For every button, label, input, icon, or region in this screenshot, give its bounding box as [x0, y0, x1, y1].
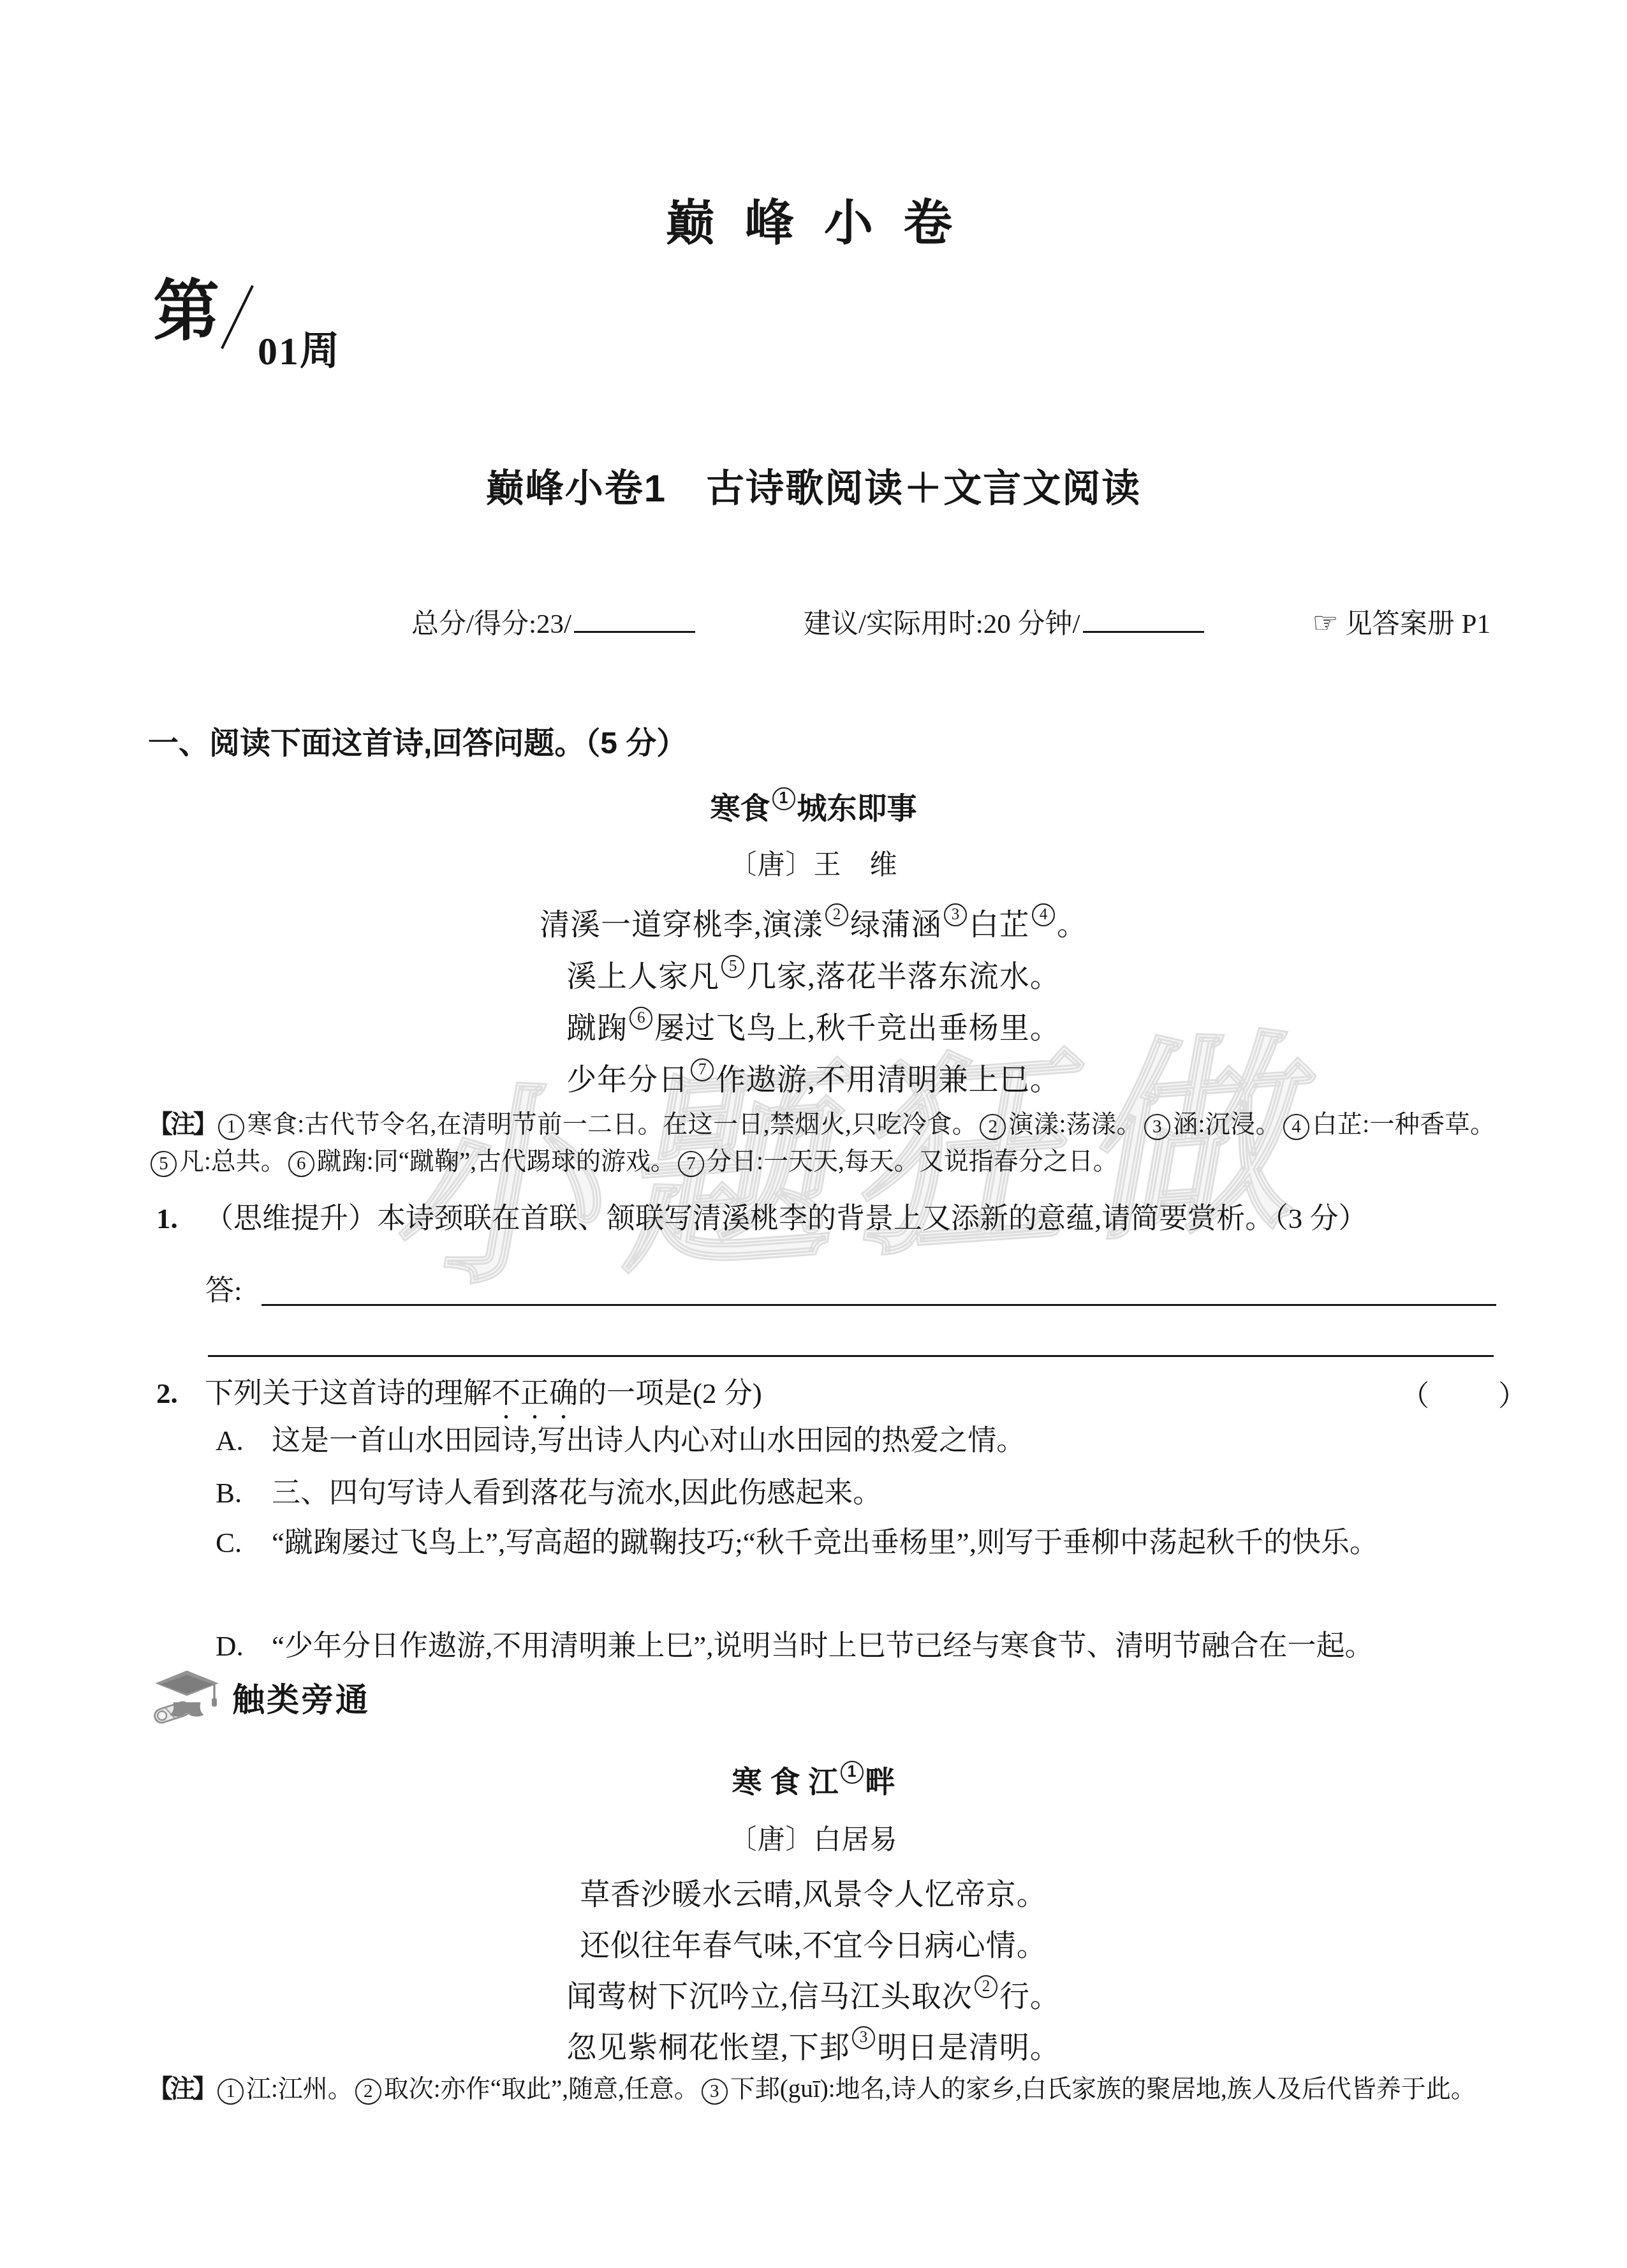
- circled-number-icon: 1: [841, 1761, 864, 1784]
- score-row: 总分/得分:23/ 建议/实际用时:20 分钟/ ☞见答案册 P1: [411, 602, 1491, 641]
- poem1-line: 溪上人家凡5几家,落花半落东流水。: [0, 952, 1627, 995]
- poem2-title: 寒 食 江1畔: [0, 1758, 1627, 1801]
- poem1-title: 寒食1城东即事: [0, 785, 1627, 827]
- extension-banner: 触类旁通: [152, 1666, 370, 1728]
- option-b-text: 三、四句写诗人看到落花与流水,因此伤感起来。: [272, 1467, 1417, 1518]
- extension-banner-label: 触类旁通: [232, 1673, 370, 1721]
- option-a-letter: A.: [216, 1415, 272, 1466]
- option-a: A. 这是一首山水田园诗,写出诗人内心对山水田园的热爱之情。: [216, 1415, 1417, 1466]
- option-c: C. “蹴踘屡过飞鸟上”,写高超的蹴鞠技巧;“秋千竞出垂杨里”,则写于垂柳中荡起…: [216, 1517, 1417, 1568]
- poem2-line: 草香沙暖水云晴,风景令人忆帝京。: [0, 1871, 1627, 1913]
- circled-number-icon: 7: [691, 1058, 714, 1081]
- note-text: 1寒食:古代节令名,在清明节前一二日。在这一日,禁烟火,只吃冷食。2演漾:荡漾。…: [148, 1111, 1495, 1175]
- poem2-notes: 【注】1江:江州。2取次:亦作“取此”,随意,任意。3下邽(guī):地名,诗人…: [148, 2067, 1495, 2112]
- option-d-text: “少年分日作遨游,不用清明兼上巳”,说明当时上巳节已经与寒食节、清明节融合在一起…: [272, 1620, 1417, 1671]
- circled-number-icon: 3: [944, 903, 967, 926]
- graduation-cap-icon: [152, 1666, 222, 1728]
- circled-number-icon: 1: [772, 787, 795, 810]
- circled-number-icon: 1: [217, 2079, 244, 2105]
- poem2-line: 闻莺树下沉吟立,信马江头取次2行。: [0, 1973, 1627, 2015]
- note-label: 【注】: [148, 1111, 216, 1138]
- note-label: 【注】: [148, 2075, 215, 2103]
- note-text: 1江:江州。2取次:亦作“取此”,随意,任意。3下邽(guī):地名,诗人的家乡…: [215, 2075, 1476, 2103]
- option-b: B. 三、四句写诗人看到落花与流水,因此伤感起来。: [216, 1467, 1417, 1518]
- week-prefix-char: 第: [153, 279, 219, 346]
- emphasized-text: 不正确: [492, 1377, 578, 1409]
- poem2-author: 〔唐〕白居易: [0, 1818, 1627, 1857]
- answer-bracket: （ ）: [1401, 1373, 1531, 1414]
- answer-ref-field: ☞见答案册 P1: [1313, 602, 1491, 641]
- time-label: 建议/实际用时:20 分钟/: [804, 609, 1080, 639]
- circled-number-icon: 7: [678, 1151, 704, 1177]
- booklet-title: 巅 峰 小 卷: [0, 184, 1627, 255]
- paper-title: 巅峰小卷1 古诗歌阅读＋文言文阅读: [0, 458, 1627, 513]
- answer-writing-line: [208, 1355, 1494, 1357]
- circled-number-icon: 1: [218, 1114, 244, 1140]
- question-1-text: （思维提升）本诗颈联在首联、颔联写清溪桃李的背景上又添新的意蕴,请简要赏析。（3…: [205, 1198, 1499, 1239]
- week-label: 第 01周: [153, 279, 341, 376]
- poem1-line: 清溪一道穿桃李,演漾2绿蒲涵3白芷4。: [0, 901, 1627, 944]
- circled-number-icon: 2: [975, 1975, 998, 1998]
- slash-divider: [221, 285, 254, 350]
- option-c-letter: C.: [216, 1517, 272, 1568]
- pointing-hand-icon: ☞: [1313, 605, 1339, 640]
- question-1: 1. （思维提升）本诗颈联在首联、颔联写清溪桃李的背景上又添新的意蕴,请简要赏析…: [156, 1198, 1502, 1239]
- time-field: 建议/实际用时:20 分钟/: [804, 602, 1204, 641]
- option-d-letter: D.: [216, 1620, 272, 1671]
- circled-number-icon: 6: [288, 1151, 314, 1177]
- poem1-line: 少年分日7作遨游,不用清明兼上巳。: [0, 1056, 1627, 1099]
- answer-ref-text: 见答案册 P1: [1345, 609, 1491, 639]
- poem2-line: 还似往年春气味,不宜今日病心情。: [0, 1922, 1627, 1964]
- question-1-number: 1.: [156, 1198, 205, 1239]
- option-c-text: “蹴踘屡过飞鸟上”,写高超的蹴鞠技巧;“秋千竞出垂杨里”,则写于垂柳中荡起秋千的…: [272, 1517, 1417, 1568]
- total-score-label: 总分/得分:23/: [411, 609, 571, 639]
- circled-number-icon: 5: [151, 1151, 177, 1177]
- circled-number-icon: 2: [825, 903, 848, 926]
- circled-number-icon: 2: [355, 2079, 381, 2105]
- poem1-line: 蹴踘6屡过飞鸟上,秋千竞出垂杨里。: [0, 1004, 1627, 1047]
- answer-writing-line: [261, 1304, 1496, 1306]
- content-layer: 巅 峰 小 卷 第 01周 巅峰小卷1 古诗歌阅读＋文言文阅读 总分/得分:23…: [0, 0, 1627, 2268]
- circled-number-icon: 4: [1032, 903, 1055, 926]
- circled-number-icon: 4: [1283, 1114, 1309, 1140]
- score-blank: [574, 627, 695, 633]
- poem1-notes: 【注】1寒食:古代节令名,在清明节前一二日。在这一日,禁烟火,只吃冷食。2演漾:…: [148, 1106, 1495, 1180]
- circled-number-icon: 3: [1144, 1114, 1170, 1140]
- exam-paper-page: 小题狂做 巅 峰 小 卷 第 01周 巅峰小卷1 古诗歌阅读＋文言文阅读 总分/…: [0, 0, 1627, 2268]
- week-number: 01周: [258, 319, 341, 376]
- circled-number-icon: 6: [629, 1007, 652, 1030]
- total-score-field: 总分/得分:23/: [411, 602, 695, 641]
- circled-number-icon: 3: [852, 2026, 875, 2049]
- poem1-author: 〔唐〕王 维: [0, 843, 1627, 882]
- option-b-letter: B.: [216, 1467, 272, 1518]
- option-d: D. “少年分日作遨游,不用清明兼上巳”,说明当时上巳节已经与寒食节、清明节融合…: [216, 1620, 1417, 1671]
- poem2-line: 忽见紫桐花怅望,下邽3明日是清明。: [0, 2024, 1627, 2066]
- answer-label: 答:: [205, 1267, 242, 1308]
- option-a-text: 这是一首山水田园诗,写出诗人内心对山水田园的热爱之情。: [272, 1415, 1417, 1466]
- section-one-heading: 一、阅读下面这首诗,回答问题。（5 分）: [148, 718, 687, 762]
- circled-number-icon: 3: [702, 2079, 728, 2105]
- circled-number-icon: 5: [721, 955, 744, 978]
- circled-number-icon: 2: [980, 1114, 1006, 1140]
- time-blank: [1083, 627, 1204, 633]
- question-2-number: 2.: [156, 1373, 205, 1425]
